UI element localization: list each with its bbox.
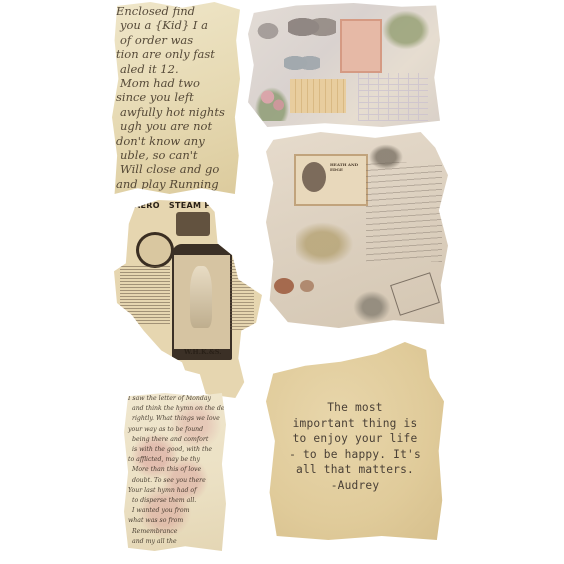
handwritten-line: your way as to be found	[128, 426, 203, 433]
butterfly-illustration	[288, 9, 336, 45]
handwritten-line: and think the hymn on the desk	[132, 405, 226, 412]
handwritten-line: I wanted you from	[132, 507, 189, 514]
handwritten-line: I saw the letter of Monday	[128, 395, 211, 402]
butterfly-illustration	[256, 17, 286, 45]
plant-illustration	[350, 288, 394, 326]
label-title: HEATH AND EDGE	[330, 162, 366, 172]
leaf-illustration	[366, 142, 406, 172]
script-overlay	[366, 162, 442, 262]
envelope-sketch	[390, 272, 440, 315]
vintage-label-card: HEATH AND EDGE	[294, 154, 368, 206]
handwritten-line: More than this of love	[132, 466, 201, 473]
handwritten-line: rightly. What things we love	[132, 415, 220, 422]
newspaper-headline: AERO STEAM PUMPS	[134, 201, 234, 210]
quote-line: - to be happy. It's	[266, 447, 444, 463]
flower-illustration	[250, 81, 294, 121]
handwritten-line: doubt. To see you there	[132, 477, 206, 484]
handwritten-line: of order was	[120, 33, 193, 47]
handwritten-line: and my all the	[132, 538, 177, 545]
portrait-medallion	[302, 162, 326, 192]
brand-label: W.H.K.&S.	[184, 348, 221, 356]
handwritten-line: is with the good, with the	[132, 446, 212, 453]
handwritten-letter-scrap: Enclosed findyou a {Kid} I aof order was…	[112, 2, 240, 194]
handwritten-line: to disperse them all.	[132, 497, 196, 504]
quote-card: The most important thing is to enjoy you…	[266, 342, 444, 540]
stamp-ticket	[340, 19, 382, 73]
butterfly-collage-scrap	[248, 3, 440, 127]
egg-illustration	[300, 280, 314, 292]
newspaper-ad-scrap: AERO STEAM PUMPS W.H.K.&S.	[114, 200, 262, 398]
handwritten-line: Remembrance	[132, 528, 177, 535]
handwritten-line: and play Running	[116, 177, 219, 191]
handwritten-line: being there and comfort	[132, 436, 208, 443]
handwritten-line: to afflicted, may be thy	[128, 456, 200, 463]
quote-line: all that matters.	[266, 462, 444, 478]
handwritten-line: tion are only fast	[116, 47, 215, 61]
quote-line: The most	[266, 400, 444, 416]
handwritten-line: you a {Kid} I a	[120, 18, 208, 32]
handwritten-line: Will close and go	[120, 162, 219, 176]
corset-woman-illustration	[172, 244, 232, 360]
handwritten-line: Your last hymn had of	[128, 487, 196, 494]
fern-illustration	[378, 7, 434, 53]
butterfly-illustration	[284, 49, 320, 77]
round-emblem	[136, 232, 174, 268]
handwritten-line: uble, so can't	[120, 148, 198, 162]
headline-prefix: AERO	[134, 201, 160, 210]
newsprint-columns	[230, 260, 254, 330]
steam-engine-illustration	[176, 212, 210, 236]
headline-title: STEAM PUMPS	[169, 201, 238, 210]
handwritten-line: aled it 12.	[120, 62, 179, 76]
quote-text: The most important thing is to enjoy you…	[266, 400, 444, 493]
quote-attribution: -Audrey	[266, 478, 444, 494]
handwritten-line: ugh you are not	[120, 119, 212, 133]
handwritten-line: what was so from	[128, 517, 183, 524]
egg-illustration	[274, 278, 294, 294]
corset-figure	[190, 266, 212, 328]
newsprint-columns	[120, 264, 170, 324]
ledger-strip	[290, 79, 346, 113]
handwritten-line: Mom had two	[120, 76, 200, 90]
botanical-collage-scrap: HEATH AND EDGE	[266, 132, 448, 328]
handwritten-line: awfully hot nights	[120, 105, 225, 119]
leaf-illustration	[296, 216, 362, 272]
handwritten-line: since you left	[116, 90, 194, 104]
handwritten-line: Enclosed find	[116, 4, 195, 18]
handwritten-line: don't know any	[116, 134, 205, 148]
quote-line: important thing is	[266, 416, 444, 432]
floral-letter-scrap: I saw the letter of Mondayand think the …	[124, 393, 226, 551]
quote-line: to enjoy your life	[266, 431, 444, 447]
ledger-grid	[358, 73, 428, 121]
